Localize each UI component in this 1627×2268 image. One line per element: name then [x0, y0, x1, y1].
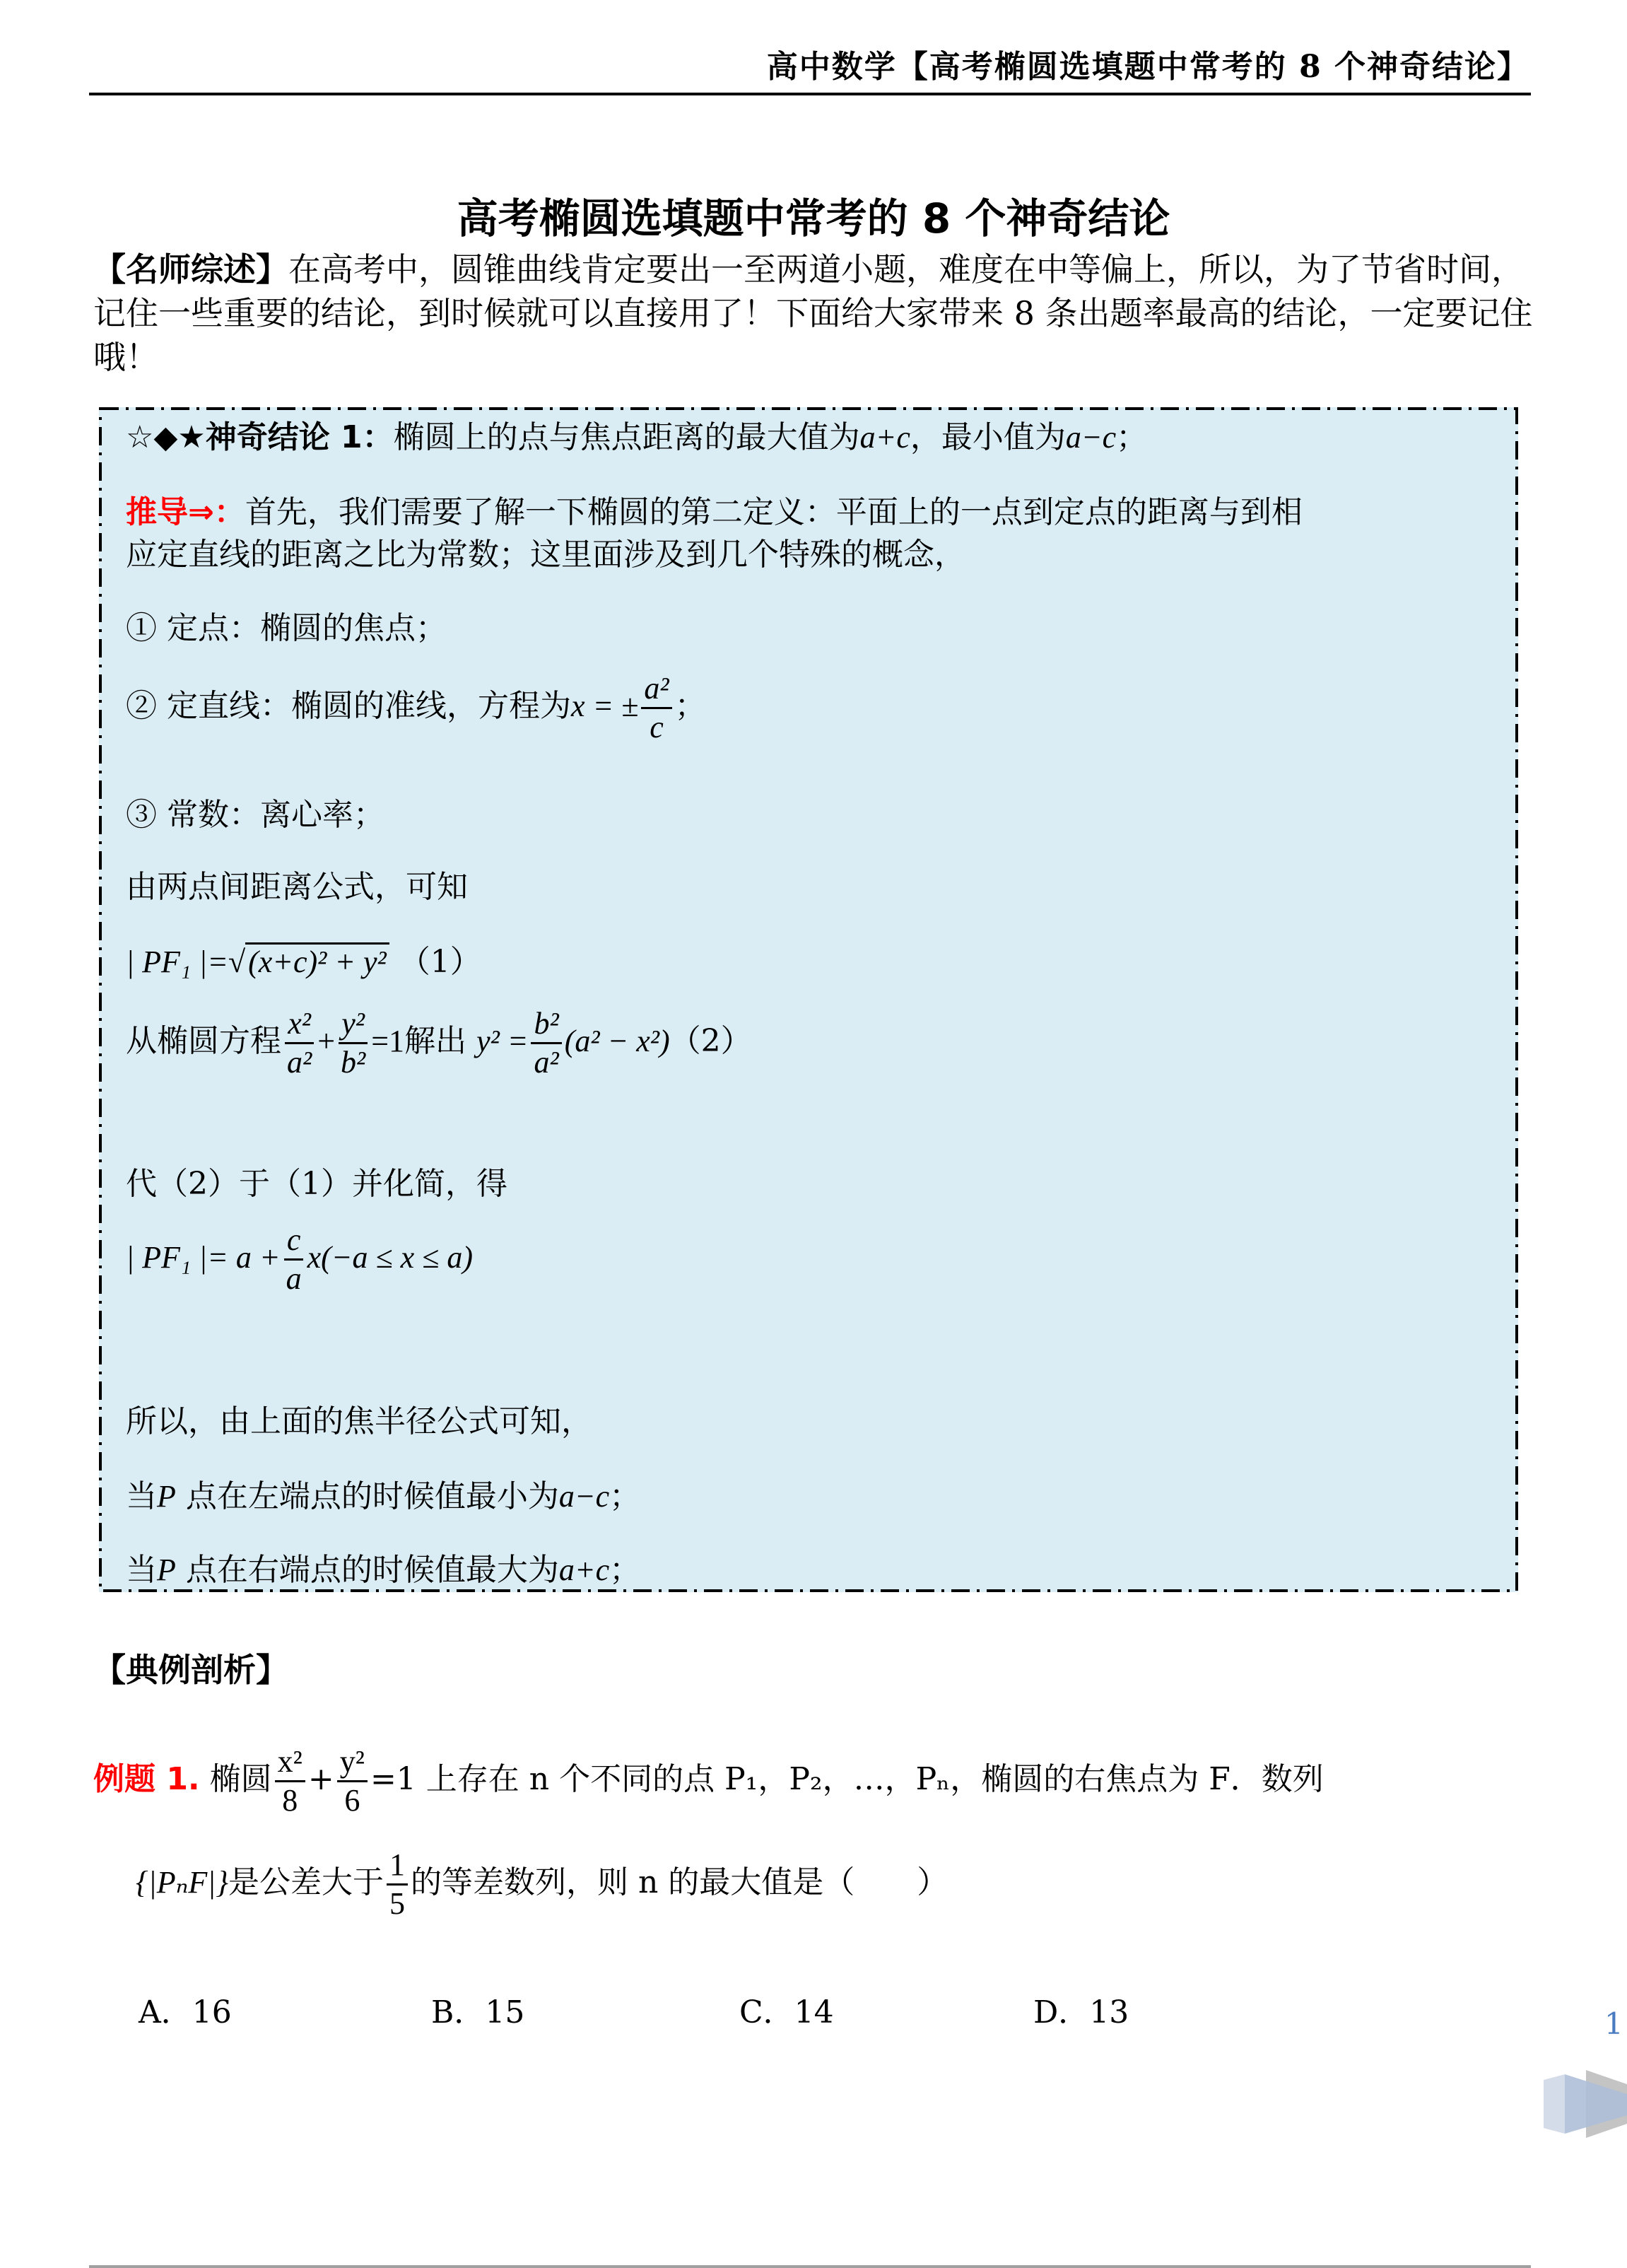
max-value-line: 当P 点在右端点的时候值最大为a+c；	[126, 1544, 640, 1589]
max-var: P	[157, 1553, 176, 1587]
fraction-x2-a2: x²a²	[284, 1008, 315, 1078]
conclude-line: 所以，由上面的焦半径公式可知，	[126, 1396, 592, 1441]
examples-heading: 【典例剖析】	[93, 1644, 288, 1691]
eq1-lhs: | PF₁ |=	[126, 945, 228, 979]
conclusion-box: ☆◆★神奇结论 1：椭圆上的点与焦点距离的最大值为a+c，最小值为a−c； 推导…	[99, 407, 1518, 1592]
option-d[interactable]: D．13	[1033, 1987, 1129, 2032]
denominator: 5	[387, 1886, 408, 1919]
example-1-line-2: {|PₙF|}是公差大于15的等差数列，则 n 的最大值是（ ）	[136, 1849, 948, 1919]
min-expr: a−c	[559, 1479, 609, 1514]
example-text-2-post: 的等差数列，则 n 的最大值是（ ）	[411, 1864, 948, 1900]
numerator: x²	[285, 1008, 314, 1044]
option-value: 16	[192, 1994, 232, 2030]
min-var: P	[157, 1479, 176, 1514]
option-value: 14	[794, 1994, 834, 2030]
max-end: ；	[609, 1552, 640, 1588]
derivation-label: 推导⇒：	[126, 494, 245, 530]
running-header-title: 高中数学【高考椭圆选填题中常考的 8 个神奇结论】	[767, 41, 1529, 86]
fraction-1-5: 15	[387, 1849, 408, 1919]
numerator: b²	[531, 1008, 561, 1044]
header-rule	[89, 93, 1531, 95]
denominator: a²	[284, 1044, 315, 1078]
item-text: 定点：椭圆的焦点；	[167, 610, 447, 646]
denominator: c	[647, 709, 666, 743]
eq3-lhs: | PF₁ |= a +	[126, 1240, 281, 1275]
distance-intro: 由两点间距离公式，可知	[126, 861, 468, 906]
denominator: a²	[531, 1044, 561, 1078]
intro-tag: 【名师综述】	[93, 250, 288, 288]
numerator: y²	[339, 1008, 368, 1044]
min-end: ；	[609, 1478, 640, 1514]
example-pre: 椭圆	[210, 1761, 272, 1797]
option-b[interactable]: B．15	[431, 1987, 524, 2032]
min-value-line: 当P 点在左端点的时候值最小为a−c；	[126, 1471, 640, 1516]
min-pre: 当	[126, 1478, 157, 1514]
list-item-constant: ③ 常数：离心率；	[126, 789, 384, 834]
eq2-mid: 解出	[404, 1023, 466, 1059]
document-title: 高考椭圆选填题中常考的 8 个神奇结论	[0, 185, 1627, 245]
page-number: 1	[1604, 2006, 1623, 2041]
eq2-rest: (a² − x²)	[565, 1024, 670, 1058]
max-expr: a+c	[860, 420, 910, 455]
eq-one: =1	[371, 1024, 404, 1058]
fraction-x2-8: x²8	[275, 1746, 305, 1816]
denominator: 8	[279, 1782, 300, 1816]
statement-mid: ，最小值为	[910, 419, 1066, 455]
derivation-text-1: 首先，我们需要了解一下椭圆的第二定义：平面上的一点到定点的距离与到相	[245, 494, 1303, 530]
statement-end: ；	[1116, 419, 1147, 455]
option-letter: B．	[431, 1994, 485, 2030]
item-tail: ；	[675, 688, 706, 724]
circled-number-3: ③	[126, 797, 157, 833]
conclusion-statement: ☆◆★神奇结论 1：椭圆上的点与焦点距离的最大值为a+c，最小值为a−c；	[126, 411, 1147, 457]
item-text: 常数：离心率；	[167, 797, 384, 833]
denominator: 6	[341, 1782, 363, 1816]
fraction-c-a: ca	[283, 1224, 305, 1294]
intro-paragraph: 【名师综述】在高考中，圆锥曲线肯定要出一至两道小题，难度在中等偏上，所以，为了节…	[93, 247, 1535, 379]
denominator: b²	[338, 1044, 368, 1078]
star-diamond-star-icon: ☆◆★	[126, 419, 206, 455]
derivation-line-2: 应定直线的距离之比为常数；这里面涉及到几个特殊的概念，	[126, 529, 965, 574]
equation-3: | PF₁ |= a +cax(−a ≤ x ≤ a)	[126, 1224, 473, 1294]
max-expr: a+c	[559, 1553, 609, 1587]
statement-text: 椭圆上的点与焦点距离的最大值为	[394, 419, 860, 455]
numerator: y²	[337, 1746, 368, 1782]
equation-2: 从椭圆方程x²a²+y²b²=1解出 y² =b²a²(a² − x²)（2）	[126, 1008, 752, 1078]
option-value: 15	[485, 1994, 524, 2030]
option-a[interactable]: A．16	[139, 1987, 232, 2032]
item-text: 定直线：椭圆的准线，方程为	[167, 688, 571, 724]
equation-1: | PF₁ |=√(x+c)² + y² （1）	[126, 936, 481, 981]
numerator: a²	[641, 673, 671, 709]
fraction-y2-b2: y²b²	[338, 1008, 368, 1078]
circled-number-1: ①	[126, 610, 157, 646]
derivation-line-1: 推导⇒：首先，我们需要了解一下椭圆的第二定义：平面上的一点到定点的距离与到相	[126, 486, 1303, 532]
eq2-label: （2）	[670, 1023, 752, 1059]
option-letter: A．	[139, 1994, 192, 2030]
eq3-rest: x(−a ≤ x ≤ a)	[307, 1240, 473, 1275]
conclusion-heading: 神奇结论 1：	[206, 419, 394, 455]
fraction-y2-6: y²6	[337, 1746, 368, 1816]
eq1-label: （1）	[399, 944, 481, 980]
sequence-expr: {|PₙF|}	[136, 1865, 228, 1900]
plus: +	[317, 1024, 335, 1058]
min-expr: a−c	[1066, 420, 1116, 455]
list-item-fixed-point: ① 定点：椭圆的焦点；	[126, 602, 447, 648]
intro-text: 在高考中，圆锥曲线肯定要出一至两道小题，难度在中等偏上，所以，为了节省时间，记住…	[93, 250, 1533, 376]
substitute-line: 代（2）于（1）并化简，得	[126, 1158, 507, 1203]
formula-lhs: x = ±	[571, 689, 638, 723]
denominator: a	[283, 1261, 305, 1294]
option-c[interactable]: C．14	[739, 1987, 834, 2032]
option-letter: C．	[739, 1994, 794, 2030]
example-label: 例题 1.	[93, 1761, 200, 1797]
eq2-pre: 从椭圆方程	[126, 1023, 281, 1059]
fraction-b2-a2: b²a²	[531, 1008, 561, 1078]
fraction-a2-over-c: a²c	[641, 673, 671, 743]
eq2-lhs: y² =	[476, 1024, 528, 1058]
option-letter: D．	[1033, 1994, 1089, 2030]
example-1-line-1: 例题 1. 椭圆x²8+y²6=1 上存在 n 个不同的点 P₁，P₂，…，Pₙ…	[93, 1746, 1324, 1816]
numerator: 1	[387, 1849, 408, 1886]
min-mid: 点在左端点的时候值最小为	[186, 1478, 559, 1514]
max-mid: 点在右端点的时候值最大为	[186, 1552, 559, 1588]
example-text-2-pre: 是公差大于	[228, 1864, 384, 1900]
option-value: 13	[1089, 1994, 1129, 2030]
eq1-radicand: (x+c)² + y²	[245, 942, 389, 979]
circled-number-2: ②	[126, 688, 157, 724]
max-pre: 当	[126, 1552, 157, 1588]
list-item-directrix: ② 定直线：椭圆的准线，方程为x = ±a²c；	[126, 673, 706, 743]
example-text-1: =1 上存在 n 个不同的点 P₁，P₂，…，Pₙ，椭圆的右焦点为 F．数列	[370, 1761, 1324, 1797]
footer-rule	[89, 2265, 1531, 2268]
page-corner-decoration-icon	[1544, 2070, 1627, 2138]
numerator: c	[284, 1224, 304, 1261]
numerator: x²	[275, 1746, 305, 1782]
